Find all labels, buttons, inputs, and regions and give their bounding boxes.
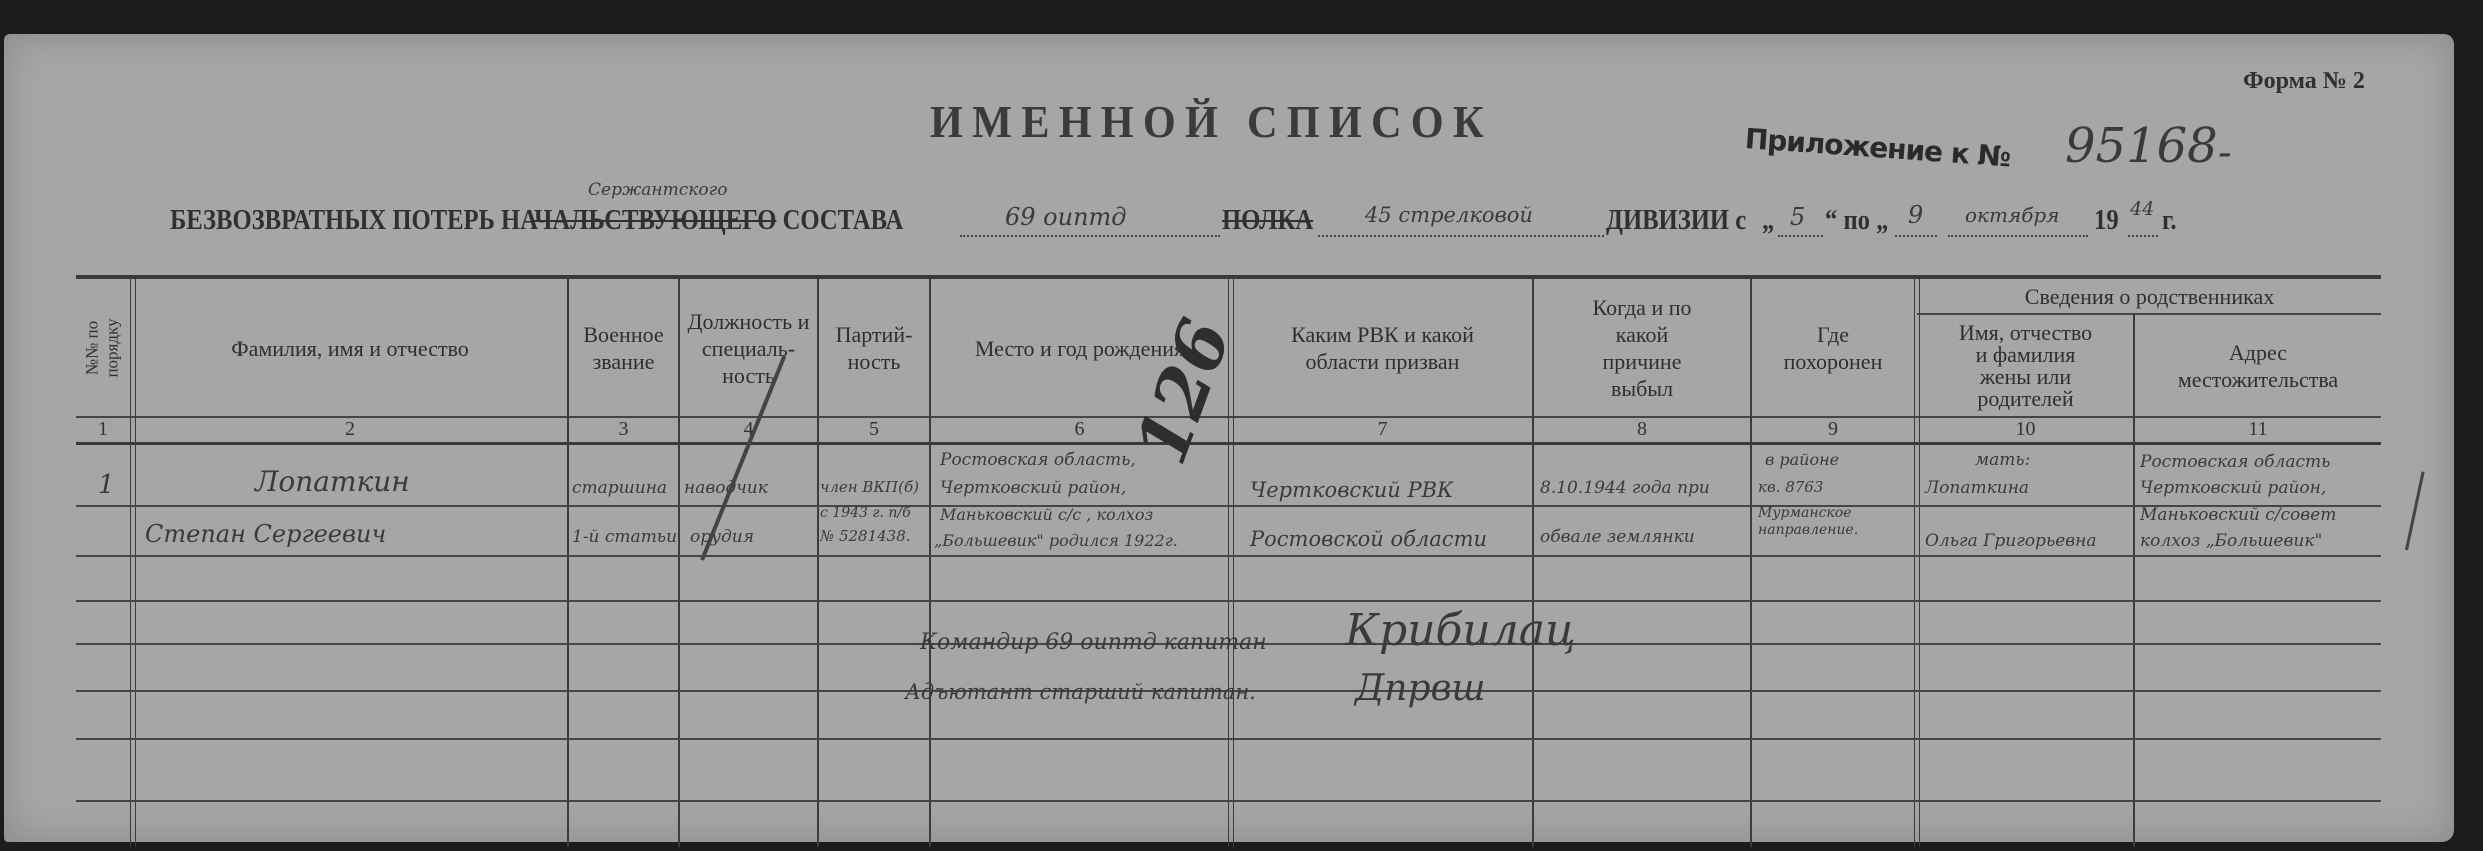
row-line-1 [76,505,2381,507]
header-col-5: Партий-ность [819,280,929,416]
row-buried-line3: Мурманское [1758,505,1852,521]
colnum-3: 3 [569,418,678,441]
month-value: октября [1965,203,2059,227]
unit-blank [960,235,1220,237]
row-birth-line3: Маньковский с/с , колхоз [940,505,1153,524]
header-col-11: Адрес местожительства [2135,316,2381,416]
row-party-line2: с 1943 г. п/б [820,505,911,521]
header-col-1: №№ по порядку [76,280,130,416]
struck-word: ЧАЛЬСТВУЮЩЕГО [534,205,776,236]
header-col-4: Должность и специаль-ность [680,280,817,416]
row-address-line1: Ростовская область [2140,452,2330,472]
row-name-patronymic: Степан Сергеевич [145,520,386,548]
row-rank-line1: старшина [572,478,667,498]
row-address-line4: колхоз „Большевик" [2140,531,2322,551]
commander-signature-line: Командир 69 оиптд капитан [920,630,1267,655]
unit-value: 69 оиптд [1005,203,1127,231]
header-col-9: Где похоронен [1752,280,1914,416]
division-label: ДИВИЗИИ с [1606,205,1746,237]
header-relatives-group: Сведения о родственниках [1918,279,2381,313]
row-position-line2: орудия [690,527,754,547]
row-relative-line3: Ольга Григорьевна [1925,531,2097,551]
year-label: г. [2162,205,2177,237]
row-line-6 [76,738,2381,740]
quote-open-1: „ [1762,205,1774,237]
row-party-line3: № 5281438. [820,527,911,545]
division-value: 45 стрелковой [1365,203,1533,227]
row-when-line1: 8.10.1944 года при [1540,478,1710,498]
colnum-1: 1 [76,418,130,441]
month-blank [1948,235,2088,237]
row-party-line1: член ВКП(б) [820,478,919,496]
to-label: “ по „ [1825,205,1888,237]
polka-label: ПОЛКА [1222,205,1313,237]
group-header-line [1917,313,2381,315]
header-col-3: Военное звание [569,280,678,416]
row-birth-line2: Чертковский район, [940,478,1126,498]
polka-word: ПОЛКА [1222,205,1313,236]
row-relative-line2: Лопаткина [1925,478,2029,498]
commander-signature: Крибилац [1345,605,1576,656]
header-col-10: Имя, отчество и фамилия жены или родител… [1918,316,2133,416]
from-day-blank [1778,235,1823,237]
colnum-8: 8 [1534,418,1750,441]
attachment-number: 95168 [2065,118,2218,174]
row-rank-line2: 1-й статьи [572,527,677,547]
colnum-10: 10 [1918,418,2133,441]
row-buried-line4: направление. [1758,522,1858,538]
row-rvk-line2: Ростовской области [1250,527,1487,551]
year-suffix: 44 [2130,198,2154,220]
to-day-blank [1895,235,1937,237]
row-birth-line1: Ростовская область, [940,450,1136,470]
row-buried-line2: кв. 8763 [1758,478,1823,496]
form-number-label: Форма № 2 [2243,68,2365,95]
adjutant-signature: Дпрвш [1355,668,1486,709]
division-blank [1318,235,1604,237]
from-day: 5 [1790,203,1805,231]
colnum-2: 2 [133,418,567,441]
row-address-line3: Маньковский с/совет [2140,505,2336,525]
attachment-suffix: - [2218,130,2232,176]
row-birth-line4: „Большевик" родился 1922г. [934,531,1178,550]
header-col-8: Когда и по какой причине выбыл [1534,280,1750,416]
adjutant-signature-line: Адъютант старший капитан. [905,680,1256,704]
row-line-2 [76,555,2381,557]
row-line-3 [76,600,2381,602]
year-blank [2128,235,2158,237]
row-address-line2: Чертковский район, [2140,478,2326,498]
year-prefix: 19 [2094,205,2119,237]
to-day: 9 [1908,201,1923,229]
colnum-5: 5 [819,418,929,441]
row-rvk-line1: Чертковский РВК [1250,478,1453,502]
subtitle-prefix: БЕЗВОЗВРАТНЫХ ПОТЕРЬ НАЧАЛЬСТВУЮЩЕГО СОС… [170,205,903,237]
header-col-7: Каким РВК и какой области призван [1233,280,1532,416]
row-line-7 [76,800,2381,802]
header-col-1-text: №№ по порядку [83,318,123,377]
sostava-label: СОСТАВА [783,205,904,236]
colnum-11: 11 [2135,418,2381,441]
to-word: по [1843,205,1870,236]
document-title: ИМЕННОЙ СПИСОК [930,95,1493,148]
header-col-2: Фамилия, имя и отчество [133,280,567,416]
row-relative-line1: мать: [1975,450,2030,470]
subtitle-na: НА [501,205,534,236]
colnum-7: 7 [1233,418,1532,441]
row-when-line2: обвале землянки [1540,527,1695,547]
row-number: 1 [98,470,115,500]
subtitle-losses: БЕЗВОЗВРАТНЫХ ПОТЕРЬ [170,205,495,236]
colnum-9: 9 [1752,418,1914,441]
row-buried-line1: в районе [1765,450,1839,469]
rank-category-handwritten: Сержантского [588,180,727,200]
row-surname: Лопаткин [255,465,410,498]
